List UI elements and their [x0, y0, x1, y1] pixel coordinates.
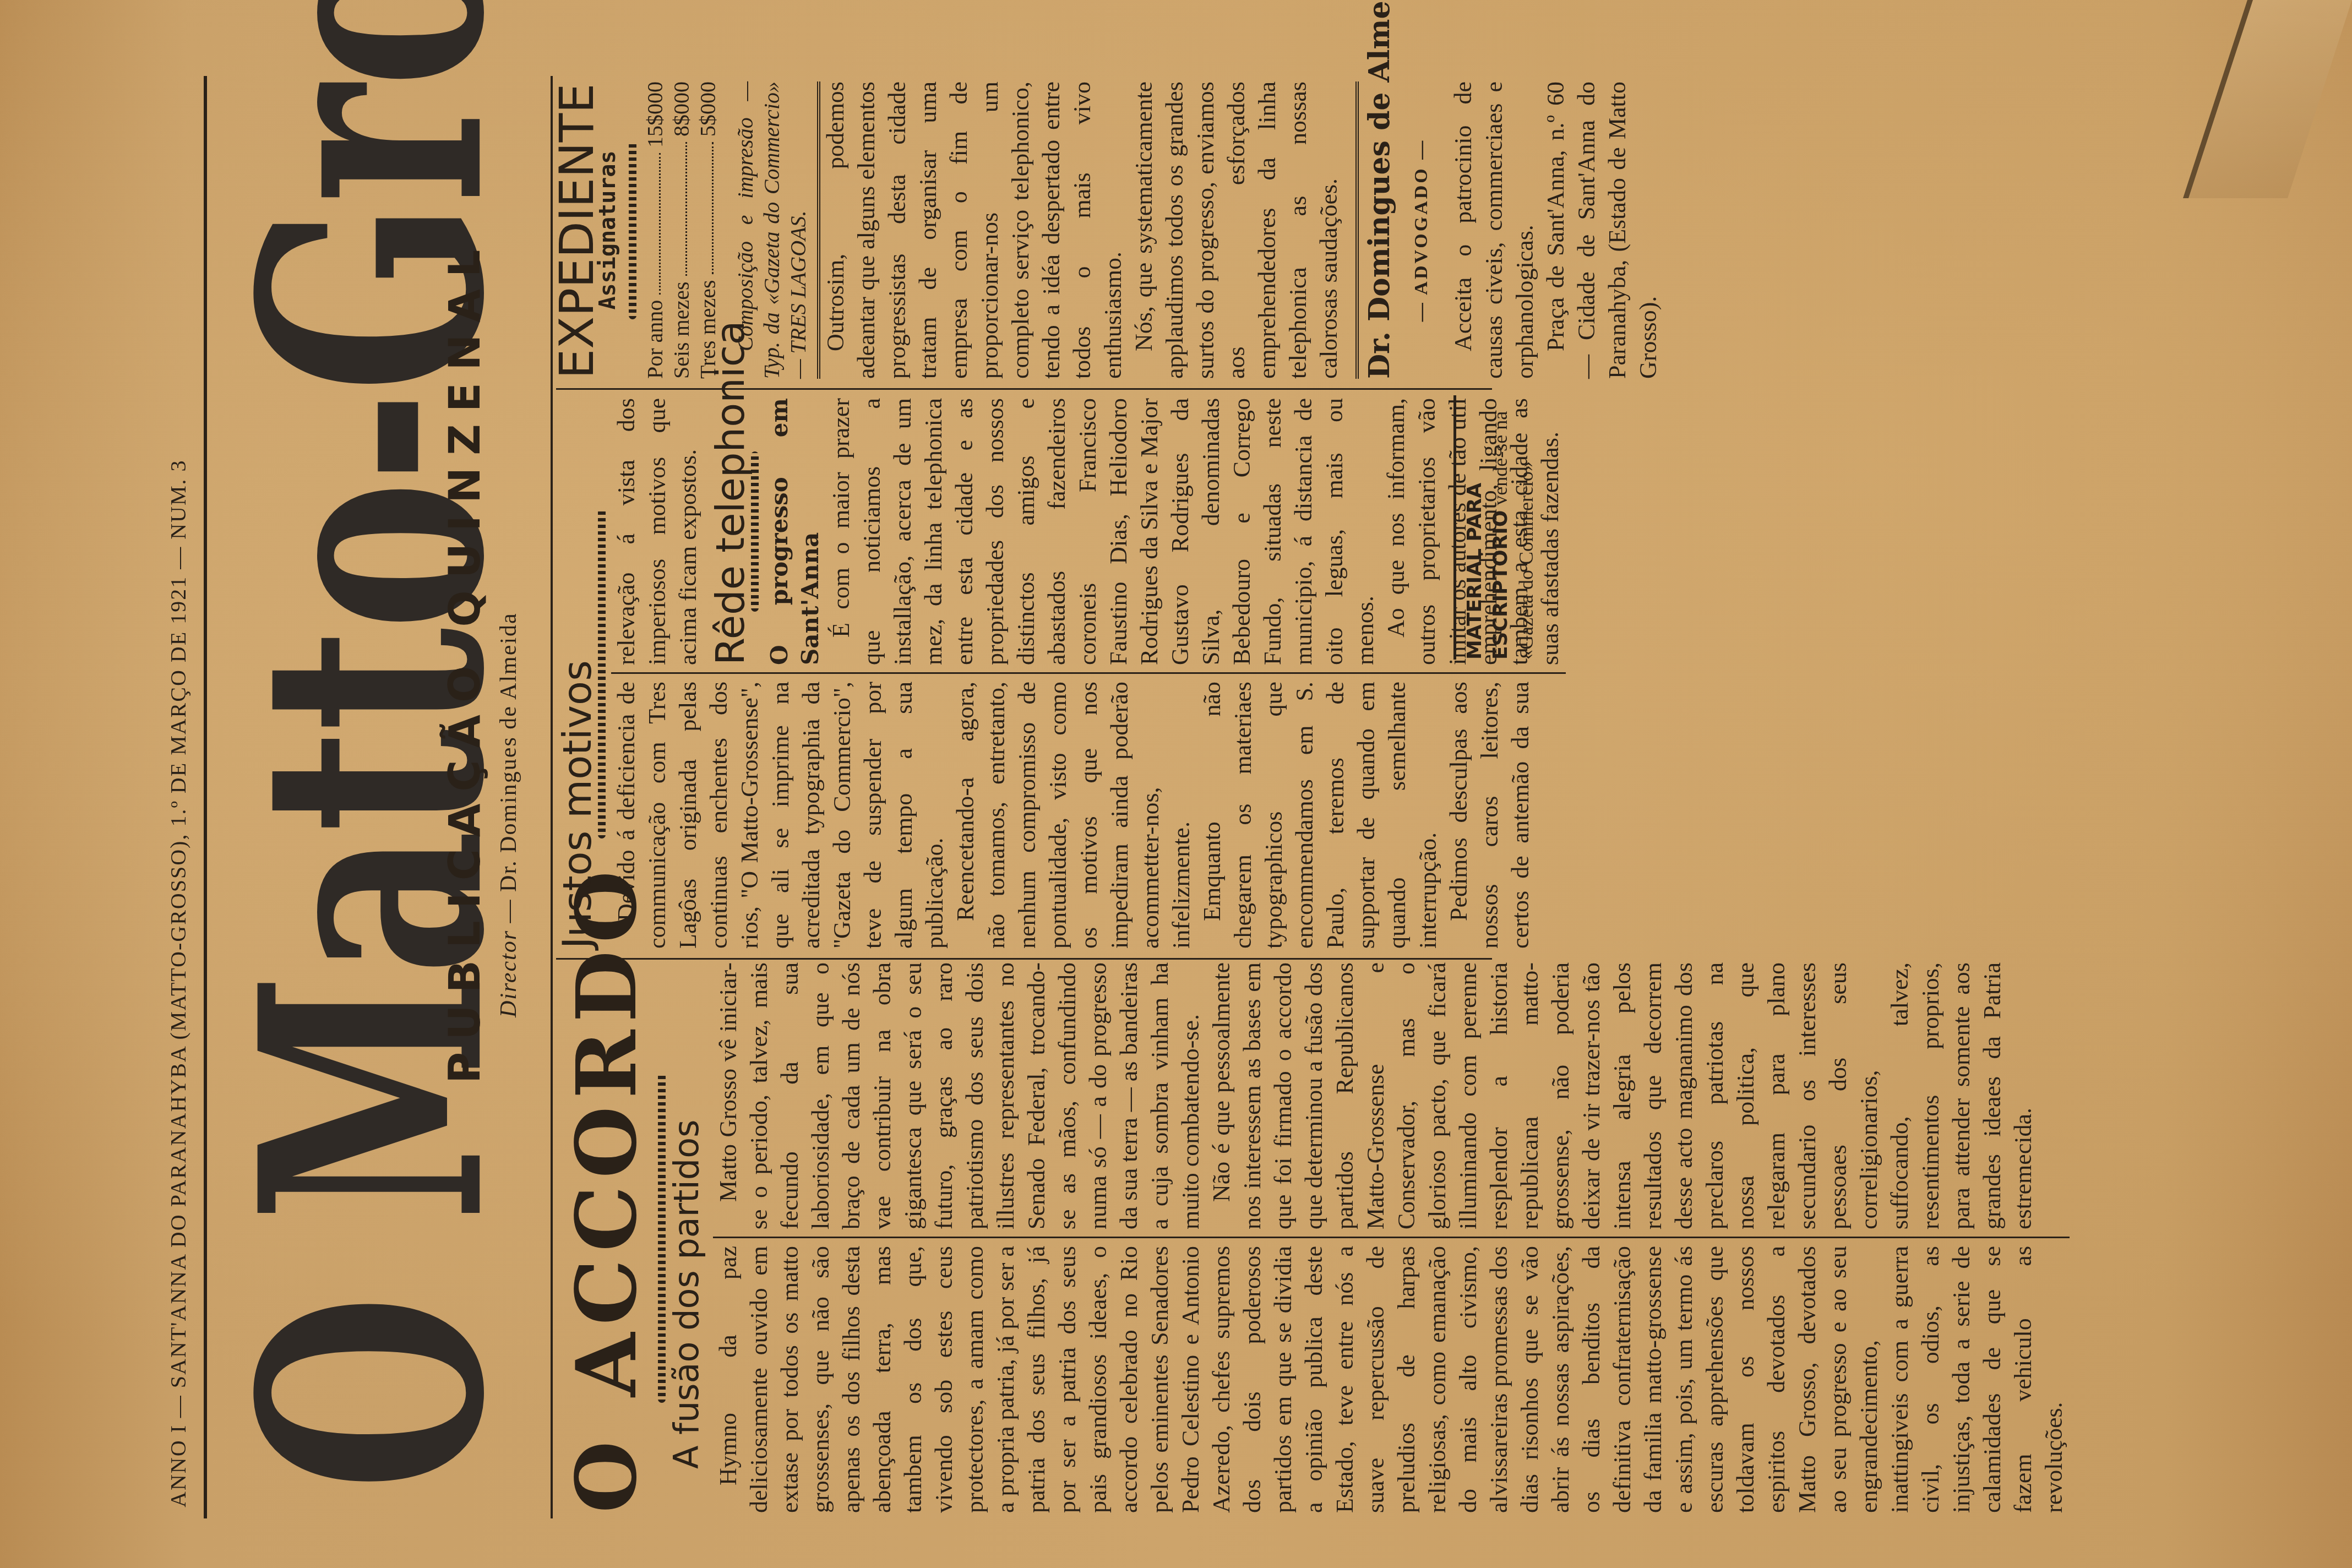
paragraph: Emquanto não chegarem os materiaes typog… [1197, 682, 1444, 949]
paragraph: Devido á deficiencia de communicação com… [611, 682, 950, 949]
paragraph: Não é que pessoalmente nos interessem as… [1206, 962, 2039, 1229]
price-value: 5$000 [695, 81, 721, 137]
headline-accordo: O ACCORDO [562, 962, 652, 1513]
headline-rede: Rêde telephonica [715, 398, 745, 665]
paragraph: Matto Grosso vê iniciar-se o periodo, ta… [713, 962, 1206, 1229]
price-row: Tres mezes 5$000 [695, 81, 721, 379]
paragraph: Nós, que systematicamente applaudimos to… [1129, 81, 1344, 379]
advert-lawyer: Dr. Domingues de Almeida — ADVOGADO — Ac… [1355, 81, 1664, 379]
ornament-wavy [658, 1072, 666, 1403]
advert-text: Acceita o patrocinio de causas civeis, c… [1448, 81, 1540, 379]
column-rule [556, 958, 1492, 960]
paragraph: É com o maior prazer que noticiamos a in… [826, 398, 1381, 665]
stationery-notice: MATERIAL PARA ESCRIPTORIO vende-se na «G… [1453, 395, 1539, 660]
price-label: Seis mezes [668, 281, 695, 379]
paragraph: Outrosim, podemos adeantar que alguns el… [820, 81, 1129, 379]
paragraph: Hymno da paz deliciosamente ouvido em ex… [713, 1246, 2070, 1513]
director-label: Director [496, 930, 521, 1017]
newspaper-page: ANNO I — SANT'ANNA DO PARANAHYBA (MATTO-… [0, 0, 2352, 1568]
advert-address: Praça de Sant'Anna, n.º 60 — Cidade de S… [1540, 81, 1664, 379]
advert-name: Dr. Domingues de Almeida [1364, 81, 1395, 379]
headline-justos-motivos: Justos motivos [562, 398, 592, 949]
director-name: — Dr. Domingues de Almeida [496, 612, 521, 923]
subhead-accordo: A fusão dos partidos [671, 962, 702, 1513]
price-label: Tres mezes [695, 280, 721, 379]
article-justos-motivos: Justos motivos Devido á deficiencia de c… [562, 398, 1566, 949]
justos-body: Devido á deficiencia de communicação com… [611, 398, 1566, 949]
publication-frequency: PUBLICAÇÃO QUINZENAL [440, 238, 490, 1084]
ornament-wavy [629, 141, 636, 319]
article-accordo: O ACCORDO A fusão dos partidos Hymno da … [562, 962, 2070, 1513]
price-value: 15$000 [642, 81, 668, 148]
director-line: Director — Dr. Domingues de Almeida [496, 612, 522, 1017]
column-expediente: EXPEDIENTE Assignaturas Por anno 15$000 … [562, 81, 1664, 379]
issue-line: ANNO I — SANT'ANNA DO PARANAHYBA (MATTO-… [165, 109, 191, 1507]
price-value: 8$000 [668, 81, 695, 137]
accordo-body: Hymno da paz deliciosamente ouvido em ex… [713, 962, 2070, 1513]
paragraph: Reencetando-a agora, não tomamos, entret… [950, 682, 1197, 949]
advert-profession: — ADVOGADO — [1406, 81, 1437, 379]
price-row: Seis mezes 8$000 [668, 81, 695, 379]
subhead-rede: O progresso em Sant'Anna [764, 398, 826, 665]
print-note: Composição e impresão — Typ. da «Gazeta … [732, 81, 820, 379]
headline-expediente: EXPEDIENTE [562, 81, 592, 379]
price-label: Por anno [642, 300, 668, 379]
price-row: Por anno 15$000 [642, 81, 668, 379]
column-rule [556, 388, 1492, 390]
